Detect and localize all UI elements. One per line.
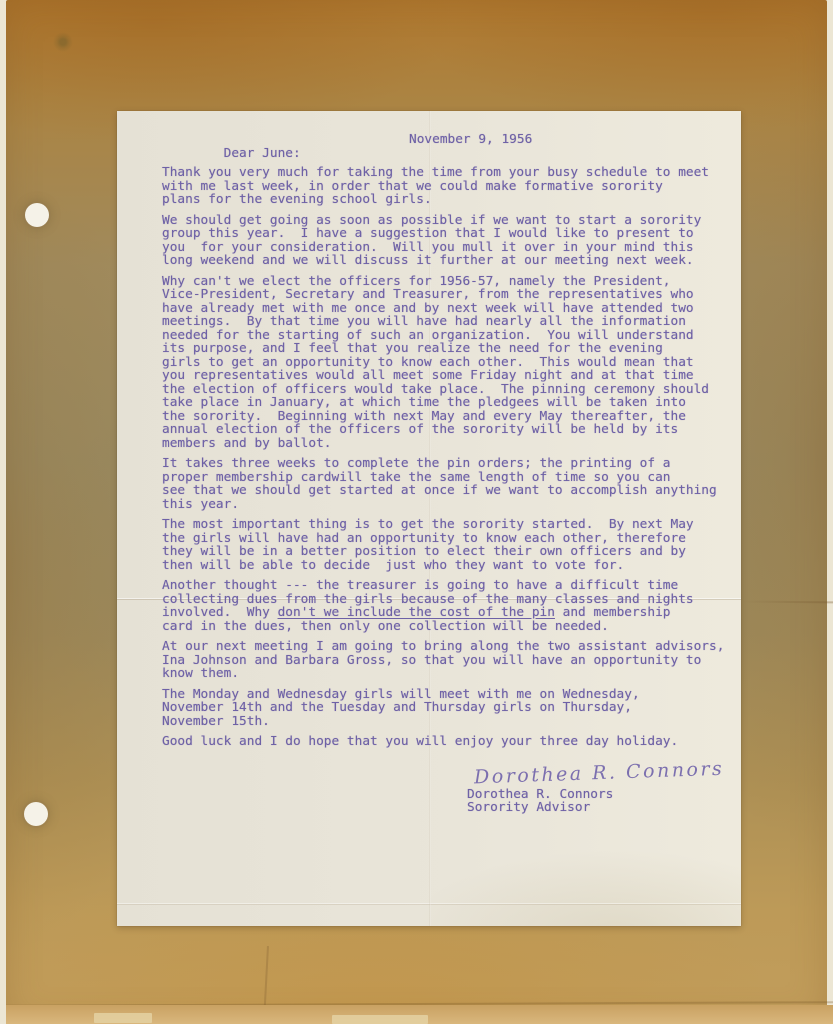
fold-crease-album-right — [741, 601, 833, 604]
punch-hole-top — [25, 203, 49, 227]
letter-paragraph: At our next meeting I am going to bring … — [162, 640, 728, 681]
letter-paragraph: Another thought --- the treasurer is goi… — [162, 579, 728, 633]
letter-content: Dear June: November 9, 1956 Thank you ve… — [162, 133, 728, 815]
letter-page: Dear June: November 9, 1956 Thank you ve… — [117, 111, 741, 926]
handwritten-signature: Dorothea R. Connors — [474, 756, 729, 789]
letter-paragraph: We should get going as soon as possible … — [162, 214, 728, 268]
letter-paragraph: Good luck and I do hope that you will en… — [162, 735, 728, 749]
salutation: Dear June: — [224, 146, 301, 161]
letter-date: November 9, 1956 — [409, 133, 532, 147]
tape-remnant — [332, 1015, 428, 1024]
letter-body: Thank you very much for taking the time … — [162, 166, 728, 749]
typed-signature-title: Sorority Advisor — [467, 801, 728, 815]
letter-paragraph: Thank you very much for taking the time … — [162, 166, 728, 207]
scan-background: Dear June: November 9, 1956 Thank you ve… — [0, 0, 833, 1024]
punch-hole-bottom — [24, 802, 48, 826]
letter-header: Dear June: November 9, 1956 — [162, 133, 728, 147]
letter-paragraph: Why can't we elect the officers for 1956… — [162, 275, 728, 451]
letter-paragraph: The most important thing is to get the s… — [162, 518, 728, 572]
letter-paragraph: The Monday and Wednesday girls will meet… — [162, 688, 728, 729]
typed-signature-name: Dorothea R. Connors — [467, 788, 728, 802]
tape-remnant — [94, 1013, 152, 1023]
letter-paragraph: It takes three weeks to complete the pin… — [162, 457, 728, 511]
signature-block: Dorothea R. Connors Dorothea R. Connors … — [467, 761, 728, 815]
